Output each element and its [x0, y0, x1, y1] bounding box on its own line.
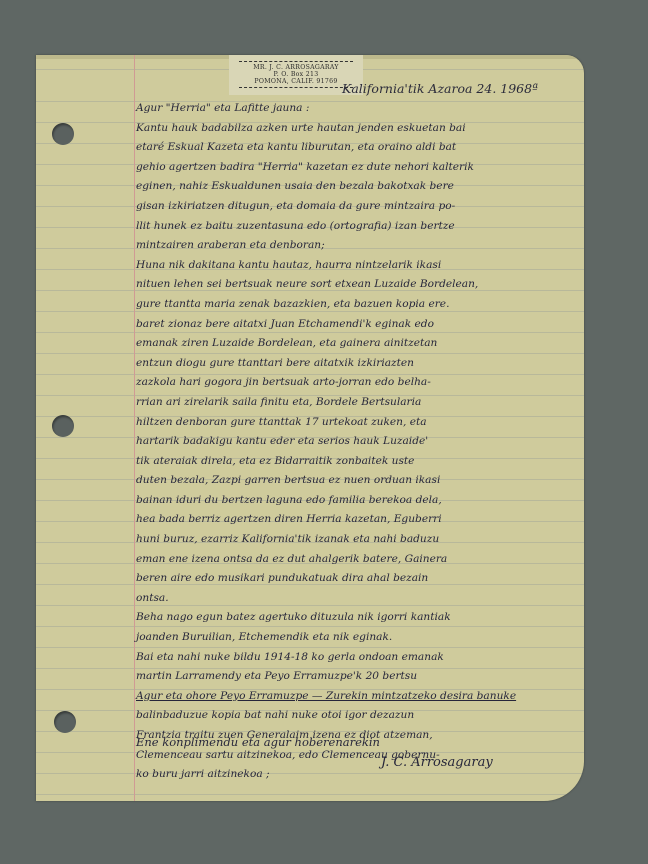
body-line: ko buru jarri aitzinekoa ; — [134, 765, 574, 785]
body-line: joanden Buruilian, Etchemendik eta nik e… — [134, 628, 574, 648]
stamp-rule-top — [239, 61, 353, 63]
letter-closing: Ene konplimendu eta agur hoberenarekin — [136, 735, 380, 749]
letter-body: Agur "Herria" eta Lafitte jauna : Kantu … — [134, 99, 574, 785]
body-line: nituen lehen sei bertsuak neure sort etx… — [134, 275, 574, 295]
body-line: Beha nago egun batez agertuko dituzula n… — [134, 608, 574, 628]
body-line: huni buruz, ezarriz Kalifornia'tik izana… — [134, 530, 574, 550]
salutation: Agur "Herria" eta Lafitte jauna : — [134, 99, 574, 119]
body-line: hea bada berriz agertzen diren Herria ka… — [134, 510, 574, 530]
punch-hole-bottom-icon — [54, 711, 76, 733]
body-line: beren aire edo musikari pundukatuak dira… — [134, 569, 574, 589]
body-line: etaré Eskual Kazeta eta kantu liburutan,… — [134, 138, 574, 158]
body-line: zazkola hari gogora jin bertsuak arto-jo… — [134, 373, 574, 393]
body-line: tik ateraiak direla, eta ez Bidarraitik … — [134, 452, 574, 472]
body-line: hartarik badakigu kantu eder eta serios … — [134, 432, 574, 452]
punch-hole-middle-icon — [52, 415, 74, 437]
body-line: eman ene izena ontsa da ez dut ahalgerik… — [134, 550, 574, 570]
stamp-line-name: MR. J. C. ARROSAGARAY — [229, 64, 363, 71]
body-line: eginen, nahiz Eskualdunen usaia den beza… — [134, 177, 574, 197]
body-line: llit hunek ez baitu zuzentasuna edo (ort… — [134, 217, 574, 237]
body-line: hiltzen denboran gure ttanttak 17 urteko… — [134, 413, 574, 433]
body-line: rrian ari zirelarik saila finitu eta, Bo… — [134, 393, 574, 413]
body-line: entzun diogu gure ttanttari bere aitatxi… — [134, 354, 574, 374]
body-line: balinbaduzue kopia bat nahi nuke otoi ig… — [134, 706, 574, 726]
body-line: Huna nik dakitana kantu hautaz, haurra n… — [134, 256, 574, 276]
body-line: emanak ziren Luzaide Bordelean, eta gain… — [134, 334, 574, 354]
body-line: Kantu hauk badabilza azken urte hautan j… — [134, 119, 574, 139]
body-line: gure ttantta maria zenak bazazkien, eta … — [134, 295, 574, 315]
letter-paper: MR. J. C. ARROSAGARAY P. O. Box 213 POMO… — [36, 55, 584, 801]
punch-hole-top-icon — [52, 123, 74, 145]
body-line: martin Larramendy eta Peyo Erramuzpe'k 2… — [134, 667, 574, 687]
body-line: bainan iduri du bertzen laguna edo famil… — [134, 491, 574, 511]
body-line: gehio agertzen badira "Herria" kazetan e… — [134, 158, 574, 178]
stamp-rule-bottom — [239, 87, 353, 89]
body-line: mintzairen araberan eta denboran; — [134, 236, 574, 256]
body-line: Bai eta nahi nuke bildu 1914-18 ko gerla… — [134, 648, 574, 668]
underlined-body-line: Agur eta ohore Peyo Erramuzpe — Zurekin … — [134, 687, 574, 707]
letter-signature: J. C. Arrosagaray — [381, 755, 493, 770]
body-line: ontsa. — [134, 589, 574, 609]
body-line: gisan izkiriatzen ditugun, eta domaia da… — [134, 197, 574, 217]
body-line: duten bezala, Zazpi garren bertsua ez nu… — [134, 471, 574, 491]
body-line: baret zionaz bere aitatxi Juan Etchamend… — [134, 315, 574, 335]
letter-dateline: Kalifornia'tik Azaroa 24. 1968ª — [342, 81, 538, 96]
stamp-line-box: P. O. Box 213 — [229, 71, 363, 78]
